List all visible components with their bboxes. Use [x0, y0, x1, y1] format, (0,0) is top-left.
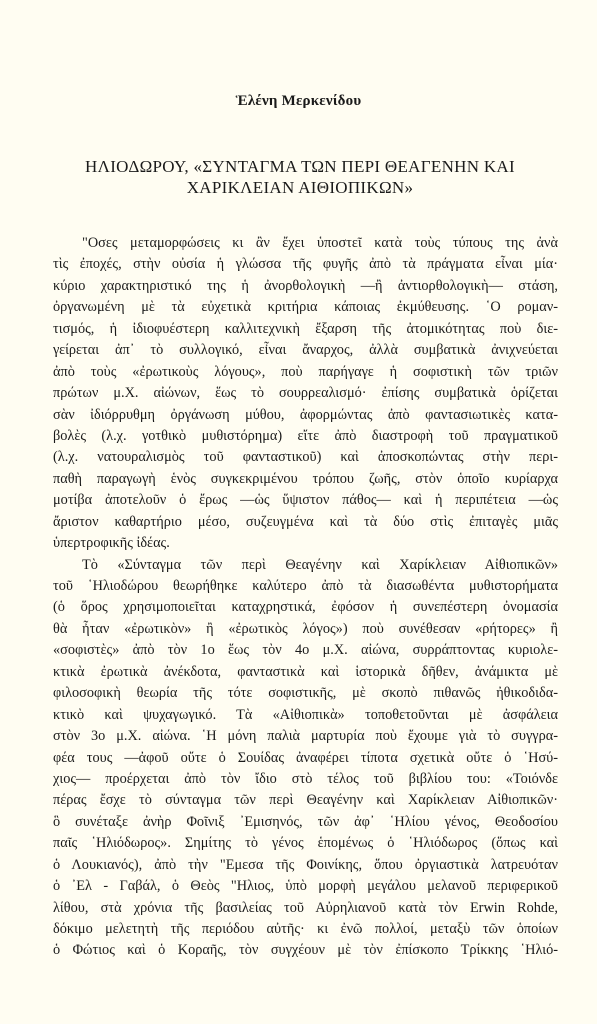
text-line: κύριο χαρακτηριστικό της ἡ ἀνορθολογικὴ …: [53, 276, 558, 297]
text-line: Τὸ «Σύνταγμα τῶν περὶ Θεαγένην καὶ Χαρίκ…: [53, 555, 558, 576]
paragraph-1: "Οσες μεταμορφώσεις κι ἂν ἔχει ὑποστεῖ κ…: [53, 233, 558, 555]
text-line: πέρας ἔσχε τὸ σύνταγμα τῶν περὶ Θεαγένην…: [53, 790, 558, 811]
text-line: τισμός, ἡ ἰδιοφυέστερη καλλιτεχνικὴ ἔξαρ…: [53, 319, 558, 340]
text-line: πρώτων μ.Χ. αἰώνων, ἕως τὸ σουρρεαλισμό·…: [53, 383, 558, 404]
text-line: φιλοσοφικὴ θεωρία τῆς τότε σοφιστικῆς, μ…: [53, 683, 558, 704]
text-line: στὸν 3ο μ.Χ. αἰώνα. ῾Η μόνη παλιὰ μαρτυρ…: [53, 726, 558, 747]
text-line: παθὴ παραγωγὴ ἑνὸς συγκεκριμένου τρόπου …: [53, 469, 558, 490]
text-line: τὶς ἐποχές, στὴν οὐσία ἡ γλώσσα τῆς φυγῆ…: [53, 254, 558, 275]
text-line: (ὁ ὅρος χρησιμοποιεῖται καταχρηστικά, ἐφ…: [53, 597, 558, 618]
text-line: βολὲς (λ.χ. γοτθικὸ μυθιστόρημα) εἴτε ἀπ…: [53, 426, 558, 447]
article-body: "Οσες μεταμορφώσεις κι ἂν ἔχει ὑποστεῖ κ…: [53, 233, 558, 962]
text-line: ὃ συνέταξε ἀνὴρ Φοῖνιξ ᾽Εμισηνός, τῶν ἀφ…: [53, 812, 558, 833]
text-line: "Οσες μεταμορφώσεις κι ἂν ἔχει ὑποστεῖ κ…: [53, 233, 558, 254]
paragraph-2: Τὸ «Σύνταγμα τῶν περὶ Θεαγένην καὶ Χαρίκ…: [53, 555, 558, 962]
text-line: μοτίβα ἀποτελοῦν ὁ ἔρως —ὡς ὕψιστον πάθο…: [53, 490, 558, 511]
author-name: Ἑλένη Μερκενίδου: [0, 93, 597, 110]
text-line: ὑπερτροφικῆς ἰδέας.: [53, 533, 558, 554]
article-title: ΗΛΙΟΔΩΡΟΥ, «ΣΥΝΤΑΓΜΑ ΤΩΝ ΠΕΡΙ ΘΕΑΓΕΝΗΝ Κ…: [40, 156, 560, 198]
text-line: θὰ ἦταν «ἐρωτικὸν» ἢ «ἐρωτικὸς λόγος») π…: [53, 619, 558, 640]
text-line: χιος— προέρχεται ἀπὸ τὸν ἴδιο στὸ τέλος …: [53, 769, 558, 790]
text-line: κτικὰ ἐρωτικὰ ἀνέκδοτα, φανταστικὰ καὶ ἱ…: [53, 662, 558, 683]
text-line: λίθου, στὰ χρόνια τῆς βασιλείας τοῦ Αὐρη…: [53, 898, 558, 919]
text-line: ὁ ᾽Ελ - Γαβάλ, ὁ Θεὸς "Ηλιος, ὑπὸ μορφὴ …: [53, 876, 558, 897]
text-line: (λ.χ. νατουραλισμὸς τοῦ φανταστικοῦ) καὶ…: [53, 447, 558, 468]
text-line: δόκιμο μελετητὴ τῆς περιόδου αὐτῆς· κι ἐ…: [53, 919, 558, 940]
text-line: ὁ Λουκιανός), ἀπὸ τὴν "Εμεσα τῆς Φοινίκη…: [53, 855, 558, 876]
text-line: παῖς ῾Ηλιόδωρος». Σημίτης τὸ γένος ἑπομέ…: [53, 833, 558, 854]
text-line: ὁ Φώτιος καὶ ὁ Κοραῆς, τὸν συγχέουν μὲ τ…: [53, 940, 558, 961]
document-page: Ἑλένη Μερκενίδου ΗΛΙΟΔΩΡΟΥ, «ΣΥΝΤΑΓΜΑ ΤΩ…: [0, 0, 597, 1024]
text-line: «σοφιστὲς» ἀπὸ τὸν 1ο ἕως τὸν 4ο μ.Χ. αἰ…: [53, 640, 558, 661]
text-line: κτικὸ καὶ ψυχαγωγικό. Τὰ «Αἰθιοπικὰ» τοπ…: [53, 705, 558, 726]
text-line: φέα τους —ἀφοῦ οὔτε ὁ Σουίδας ἀναφέρει τ…: [53, 748, 558, 769]
text-line: τοῦ ῾Ηλιοδώρου θεωρήθηκε καλύτερο ἀπὸ τὰ…: [53, 576, 558, 597]
text-line: ἀπὸ τοὺς «ἐρωτικοὺς λόγους», ποὺ παρήγαγ…: [53, 362, 558, 383]
text-line: ὀργανωμένη μὲ τὰ εὐχετικὰ κριτήρια κάποι…: [53, 297, 558, 318]
text-line: γείρεται ἀπ᾽ τὸ συλλογικό, εἶναι ἄναρχος…: [53, 340, 558, 361]
title-line: ΧΑΡΙΚΛΕΙΑΝ ΑΙΘΙΟΠΙΚΩΝ»: [40, 177, 560, 198]
text-line: σὰν ἰδιόρρυθμη ὀργάνωση μύθου, ἀφορμώντα…: [53, 405, 558, 426]
title-line: ΗΛΙΟΔΩΡΟΥ, «ΣΥΝΤΑΓΜΑ ΤΩΝ ΠΕΡΙ ΘΕΑΓΕΝΗΝ Κ…: [40, 156, 560, 177]
text-line: ἄριστον καθαρτήριο μέσο, συζευγμένα καὶ …: [53, 512, 558, 533]
